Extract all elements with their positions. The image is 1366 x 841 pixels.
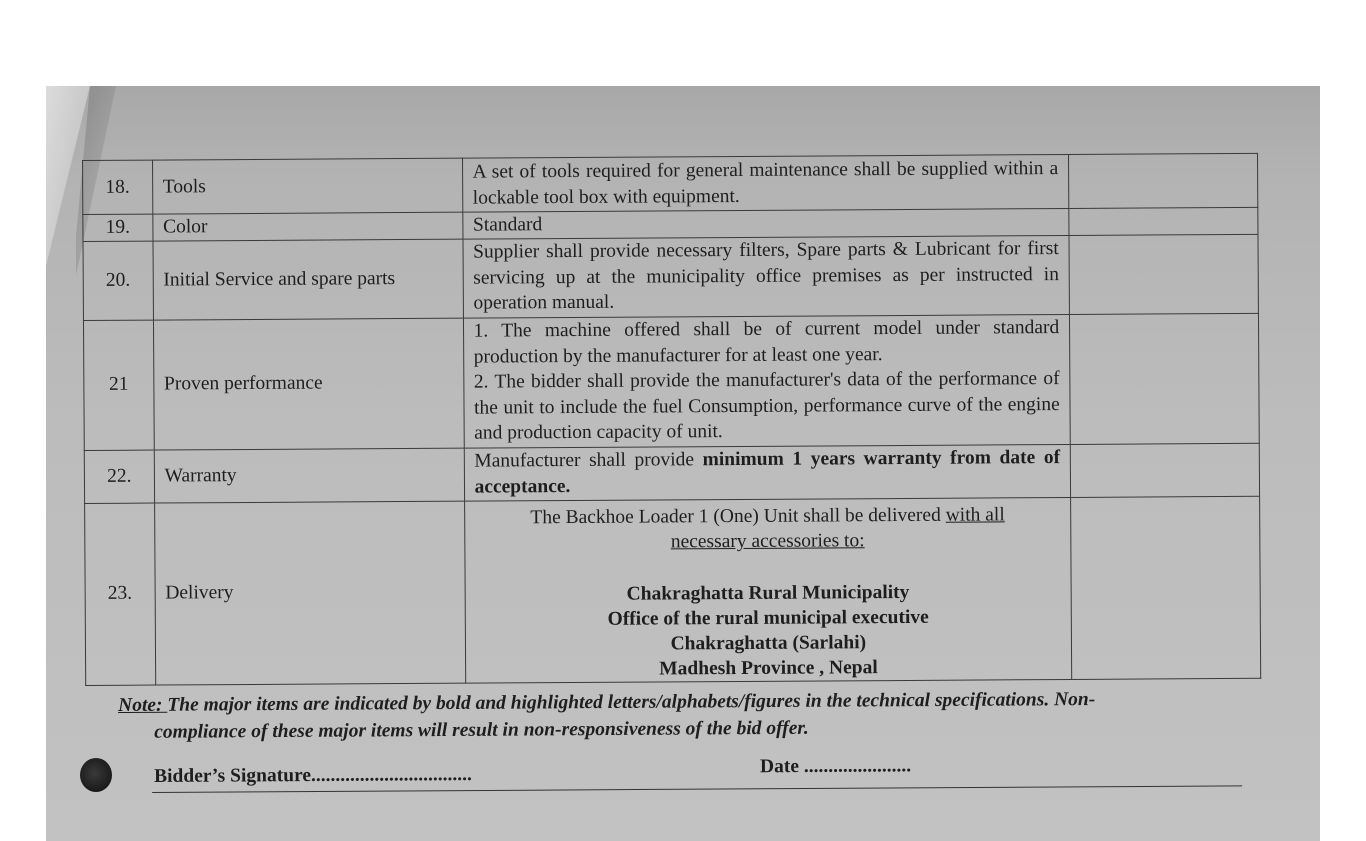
row-description: Standard [462, 208, 1069, 238]
note-paragraph: Note: The major items are indicated by b… [118, 685, 1248, 746]
table-row: 22. Warranty Manufacturer shall provide … [84, 443, 1259, 503]
row-number: 23. [85, 503, 156, 685]
table-row: 20. Initial Service and spare parts Supp… [83, 234, 1258, 320]
row-description: The Backhoe Loader 1 (One) Unit shall be… [464, 497, 1072, 683]
row-item: Delivery [154, 501, 465, 685]
specification-table: 18. Tools A set of tools required for ge… [82, 153, 1261, 686]
row-compliance-cell [1069, 207, 1258, 235]
row-number: 19. [83, 214, 153, 241]
table-row: 21 Proven performance 1. The machine off… [83, 313, 1259, 450]
row-description: Manufacturer shall provide minimum 1 yea… [464, 444, 1071, 501]
row-description: Supplier shall provide necessary filters… [463, 235, 1070, 318]
row-compliance-cell [1069, 234, 1258, 314]
row-item: Initial Service and spare parts [153, 239, 463, 320]
row-item: Proven performance [153, 318, 464, 450]
table-row: 23. Delivery The Backhoe Loader 1 (One) … [85, 496, 1261, 685]
note-line-1: The major items are indicated by bold an… [167, 689, 1095, 716]
row-description: 1. The machine offered shall be of curre… [463, 314, 1070, 448]
address-line-2: Office of the rural municipal executive [475, 604, 1061, 633]
row-number: 20. [83, 241, 153, 320]
row-number: 22. [84, 450, 154, 503]
row-item: Tools [152, 158, 462, 214]
delivery-intro: The Backhoe Loader 1 (One) Unit shall be… [475, 502, 1061, 557]
bidder-signature-field: Bidder’s Signature......................… [154, 764, 472, 788]
punch-hole [80, 758, 112, 792]
table-row: 18. Tools A set of tools required for ge… [83, 153, 1258, 214]
row-compliance-cell [1070, 443, 1259, 497]
address-line-4: Madhesh Province , Nepal [476, 654, 1062, 683]
row-item: Warranty [154, 448, 464, 503]
row-number: 18. [83, 160, 153, 214]
address-line-3: Chakraghatta (Sarlahi) [475, 629, 1061, 658]
row-compliance-cell [1071, 496, 1261, 679]
row-compliance-cell [1069, 153, 1258, 208]
row-description: A set of tools required for general main… [462, 154, 1069, 212]
description-point-2: 2. The bidder shall provide the manufact… [474, 366, 1060, 446]
date-field: Date ...................... [760, 755, 911, 778]
warranty-text: Manufacturer shall provide [474, 449, 702, 471]
delivery-intro-text: The Backhoe Loader 1 (One) Unit shall be… [530, 504, 945, 528]
row-number: 21 [83, 320, 153, 450]
note-label: Note: [118, 695, 167, 716]
row-item: Color [152, 212, 462, 240]
row-compliance-cell [1070, 313, 1260, 444]
address-line-1: Chakraghatta Rural Municipality [475, 579, 1061, 608]
description-point-1: 1. The machine offered shall be of curre… [474, 315, 1060, 370]
